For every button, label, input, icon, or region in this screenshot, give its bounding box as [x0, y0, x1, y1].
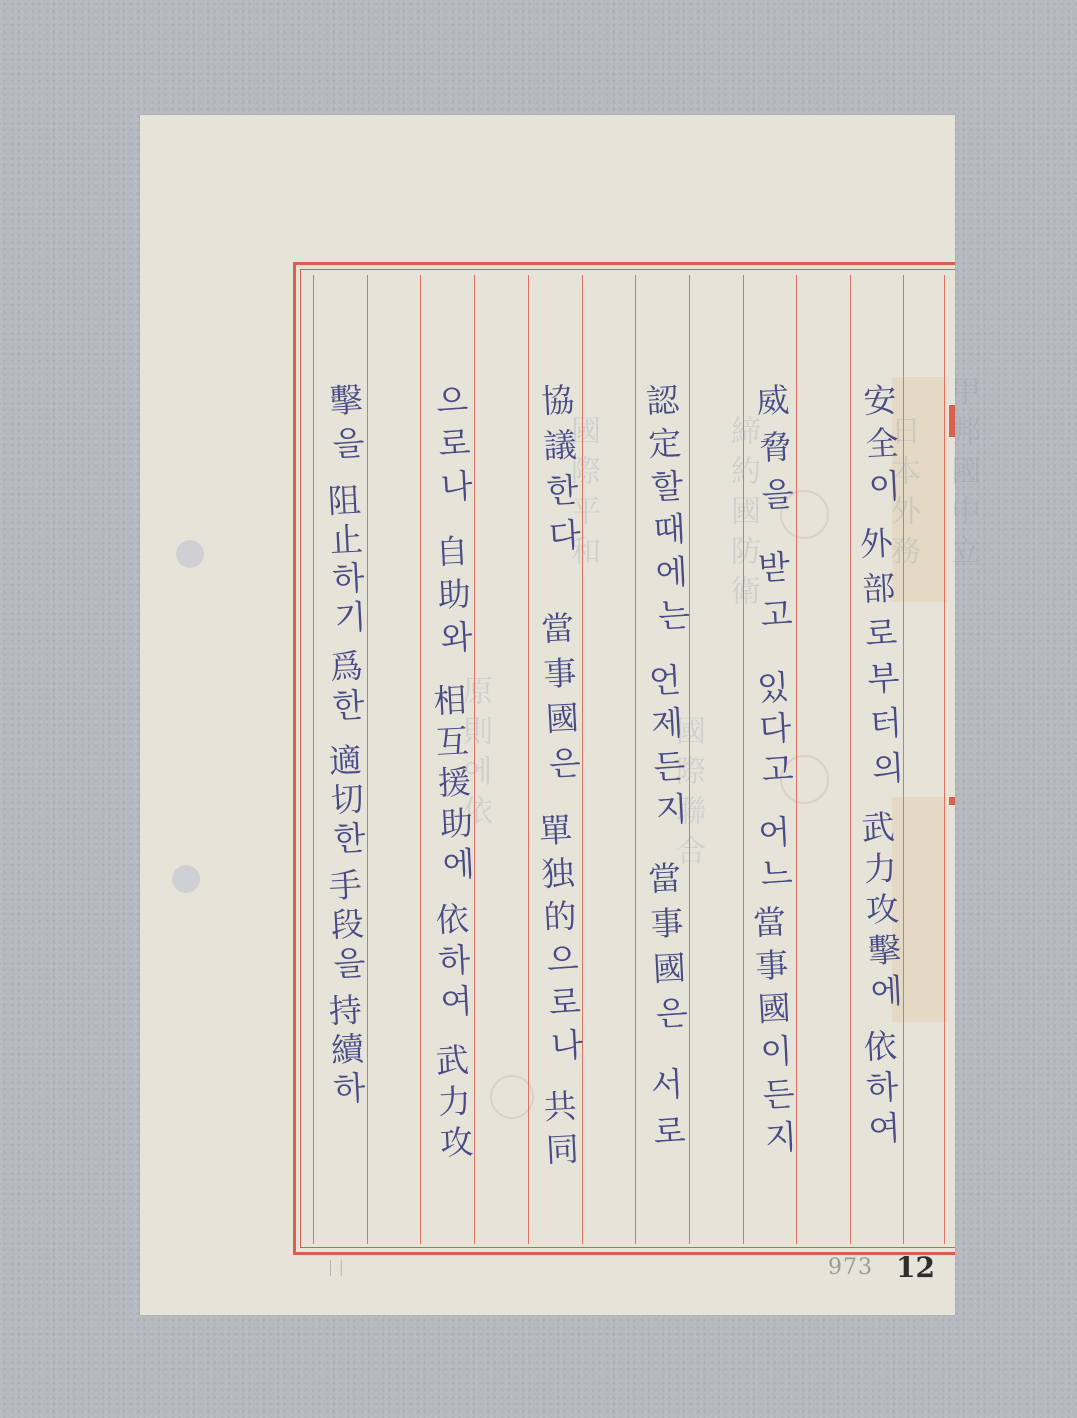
page-number: 12	[896, 1251, 935, 1284]
column-rule	[743, 275, 744, 1244]
column-2-segment: 威脅을	[753, 382, 793, 525]
column-5-segment: 으로나	[432, 382, 472, 513]
text-column-4: 協議한다 當事國은 單独的으로나 共同	[532, 383, 586, 1263]
column-3-segment: 서로	[647, 1066, 685, 1162]
punch-hole-top	[176, 540, 204, 568]
column-5-segment: 相互援助에	[430, 682, 474, 888]
column-6-segment: 持續하	[325, 992, 364, 1111]
column-2-segment: 어느	[754, 814, 791, 898]
column-2-segment: 있다고	[753, 669, 792, 794]
document-page: 甲邦國中立 日本外務 締約國防衛 國際聯合 國際平和 原則에依 安全이 外部로부…	[140, 115, 955, 1315]
column-rule	[850, 275, 851, 1244]
column-6-segment: 爲한	[326, 648, 363, 728]
ruled-frame: 安全이 外部로부터의 武力攻擊에 依하여 威脅을 받고 있다고 어느 當事國이든…	[293, 262, 955, 1255]
column-rule	[313, 275, 314, 1244]
edge-mark	[949, 405, 955, 437]
column-rule	[420, 275, 421, 1244]
column-2-segment: 받고	[754, 549, 792, 645]
column-1-segment: 外部로부터의	[856, 525, 903, 796]
column-rule	[635, 275, 636, 1244]
text-column-1: 安全이 外部로부터의 武力攻擊에 依하여	[853, 383, 907, 1263]
column-3-segment: 언제든지	[645, 662, 687, 835]
column-6-segment: 適切한	[325, 742, 364, 861]
column-4-segment: 協議한다	[538, 382, 580, 563]
column-1-segment: 安全이	[860, 382, 900, 513]
text-column-2: 威脅을 받고 있다고 어느 當事國이든지	[746, 383, 800, 1263]
column-4-segment: 當事國은	[538, 610, 580, 791]
column-2-segment: 當事國이든지	[750, 904, 796, 1163]
column-5-segment: 自助와	[432, 533, 472, 664]
column-6-segment: 阻止하기	[324, 482, 365, 640]
column-3-segment: 當事國은	[645, 860, 687, 1041]
column-4-segment: 單独的으로나	[536, 812, 582, 1071]
punch-hole-bottom	[172, 865, 200, 893]
column-1-segment: 武力攻擊에	[858, 809, 902, 1015]
text-column-6: 擊을 阻止하기 爲한 適切한 手段을 持續하	[318, 383, 372, 1263]
faint-stamp-mark: ᛁᛁ	[325, 1258, 347, 1279]
text-column-5: 으로나 自助와 相互援助에 依하여 武力攻	[425, 383, 479, 1263]
column-6-segment: 手段을	[325, 867, 364, 986]
column-5-segment: 依하여	[432, 901, 471, 1026]
column-4-segment: 共同	[540, 1088, 577, 1176]
column-1-segment: 依하여	[860, 1028, 899, 1153]
edge-mark	[949, 797, 955, 805]
text-column-3: 認定할때에는 언제든지 當事國은 서로	[639, 383, 693, 1263]
column-6-segment: 擊을	[326, 382, 363, 470]
column-rule	[528, 275, 529, 1244]
archive-number: 973	[828, 1255, 873, 1280]
column-5-segment: 武力攻	[432, 1042, 471, 1167]
column-rule	[944, 275, 945, 1244]
column-3-segment: 認定할때에는	[643, 382, 689, 641]
